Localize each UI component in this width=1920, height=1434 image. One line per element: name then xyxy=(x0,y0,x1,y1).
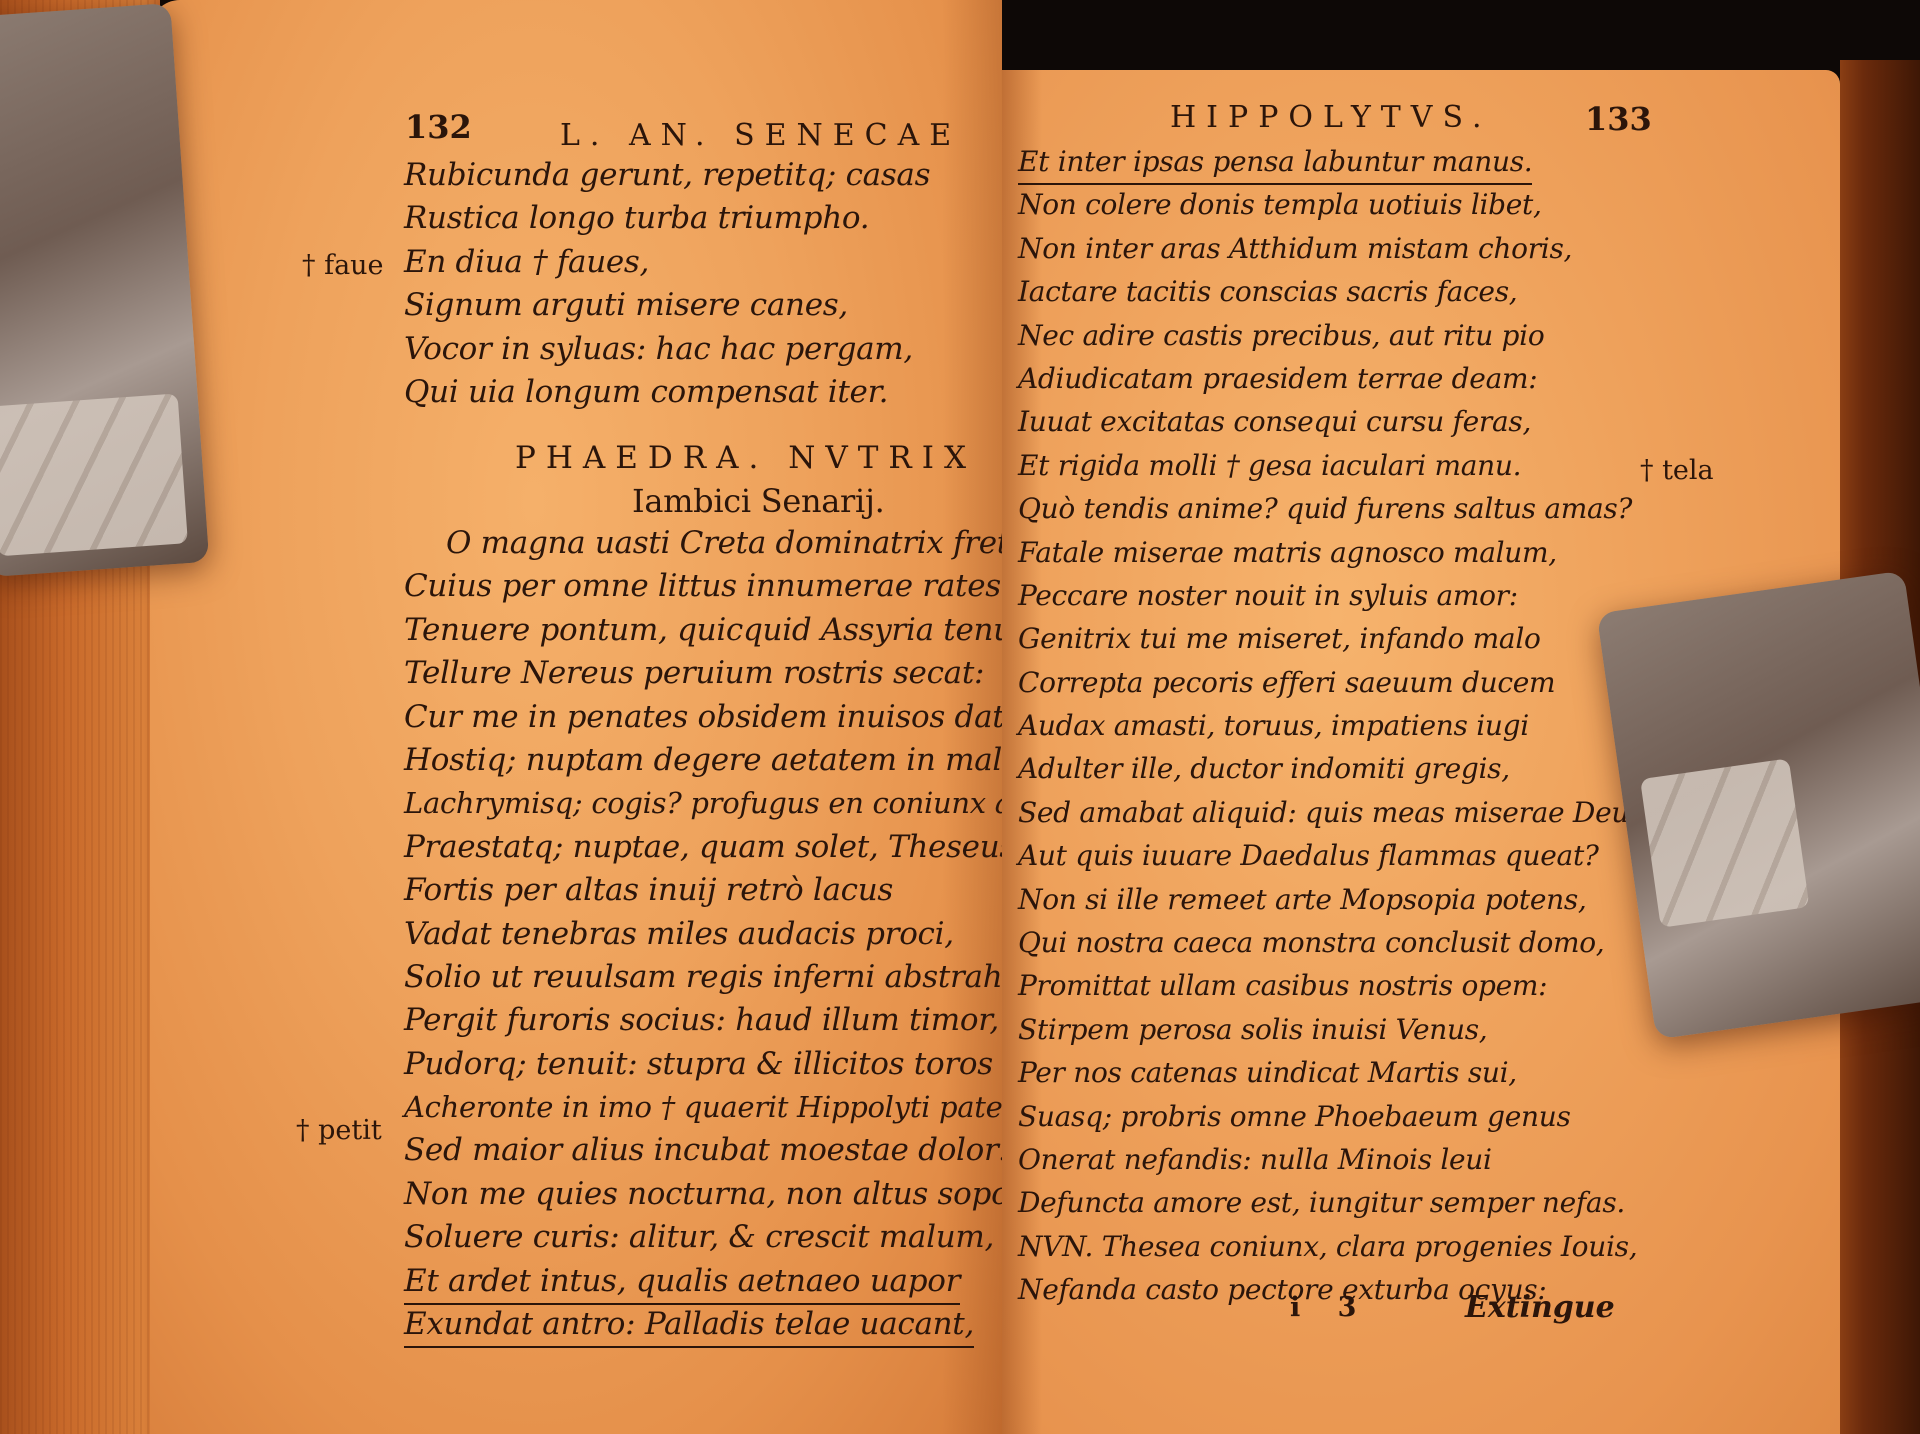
margin-note-petit: † petit xyxy=(296,1115,382,1146)
right-page-number: 133 xyxy=(1585,100,1652,138)
verse-line: Et rigida molli † gesa iaculari manu. xyxy=(1018,444,1652,487)
bag-pellets xyxy=(1640,758,1809,927)
underlined-verse-line: Exundat antro: Palladis telae uacant, xyxy=(404,1303,974,1348)
verse-line: Non inter aras Atthidum mistam choris, xyxy=(1018,227,1652,270)
verse-line: Rubicunda gerunt, repetitq; casas xyxy=(404,154,930,197)
verse-line: Rustica longo turba triumpho. xyxy=(404,197,930,240)
verse-line: Fatale miserae matris agnosco malum, xyxy=(1018,531,1652,574)
verse-line: Peccare noster nouit in syluis amor: xyxy=(1018,574,1652,617)
right-verse: Et inter ipsas pensa labuntur manus. Non… xyxy=(1018,140,1652,1312)
left-verse-top: Rubicunda gerunt, repetitq; casas Rustic… xyxy=(404,154,930,414)
book-photo: 132 L. AN. SENECAE Rubicunda gerunt, rep… xyxy=(0,0,1920,1434)
verse-line: Quò tendis anime? quid furens saltus ama… xyxy=(1018,487,1652,530)
signature-mark: i 3 xyxy=(1290,1292,1370,1323)
verse-line: Genitrix tui me miseret, infando malo xyxy=(1018,617,1652,660)
verse-line: Sed amabat aliquid: quis meas miserae De… xyxy=(1018,791,1652,834)
right-running-head: HIPPOLYTVS. xyxy=(1170,100,1491,135)
verse-line: Stirpem perosa solis inuisi Venus, xyxy=(1018,1008,1652,1051)
meter-heading: Iambici Senarij. xyxy=(632,482,884,520)
verse-line: Signum arguti misere canes, xyxy=(404,284,930,327)
verse-line: Vocor in syluas: hac hac pergam, xyxy=(404,328,930,371)
verse-line: Aut quis iuuare Daedalus flammas queat? xyxy=(1018,834,1652,877)
margin-note-tela: † tela xyxy=(1640,455,1714,486)
verse-line: Adulter ille, ductor indomiti gregis, xyxy=(1018,747,1652,790)
left-running-head: L. AN. SENECAE xyxy=(560,118,961,153)
verse-line: Correpta pecoris efferi saeuum ducem xyxy=(1018,661,1652,704)
verse-line: Suasq; probris omne Phoebaeum genus xyxy=(1018,1095,1652,1138)
verse-line: Adiudicatam praesidem terrae deam: xyxy=(1018,357,1652,400)
verse-line: Audax amasti, toruus, impatiens iugi xyxy=(1018,704,1652,747)
verse-line: Defuncta amore est, iungitur semper nefa… xyxy=(1018,1181,1652,1224)
speakers-heading: PHAEDRA. NVTRIX xyxy=(515,440,976,476)
verse-line: Nec adire castis precibus, aut ritu pio xyxy=(1018,314,1652,357)
verse-line: Non si ille remeet arte Mopsopia potens, xyxy=(1018,878,1652,921)
margin-note-faue: † faue xyxy=(302,250,384,281)
underlined-verse-line: Et ardet intus, qualis aetnaeo uapor xyxy=(404,1260,960,1305)
verse-line: Per nos catenas uindicat Martis sui, xyxy=(1018,1051,1652,1094)
verse-line: Qui uia longum compensat iter. xyxy=(404,371,930,414)
verse-line: Non colere donis templa uotiuis libet, xyxy=(1018,183,1652,226)
verse-line: Promittat ullam casibus nostris opem: xyxy=(1018,964,1652,1007)
verse-line: Iuuat excitatas consequi cursu feras, xyxy=(1018,400,1652,443)
left-page-number: 132 xyxy=(405,108,472,146)
verse-line: Qui nostra caeca monstra conclusit domo, xyxy=(1018,921,1652,964)
bag-pellets xyxy=(0,393,188,556)
catchword: Extingue xyxy=(1465,1290,1615,1325)
underlined-verse-line: Et inter ipsas pensa labuntur manus. xyxy=(1018,140,1532,185)
speaker-verse-line: NVN. Thesea coniunx, clara progenies Iou… xyxy=(1018,1225,1652,1268)
verse-line: Onerat nefandis: nulla Minois leui xyxy=(1018,1138,1652,1181)
verse-line: Iactare tacitis conscias sacris faces, xyxy=(1018,270,1652,313)
verse-line: En diua † faues, xyxy=(404,241,930,284)
